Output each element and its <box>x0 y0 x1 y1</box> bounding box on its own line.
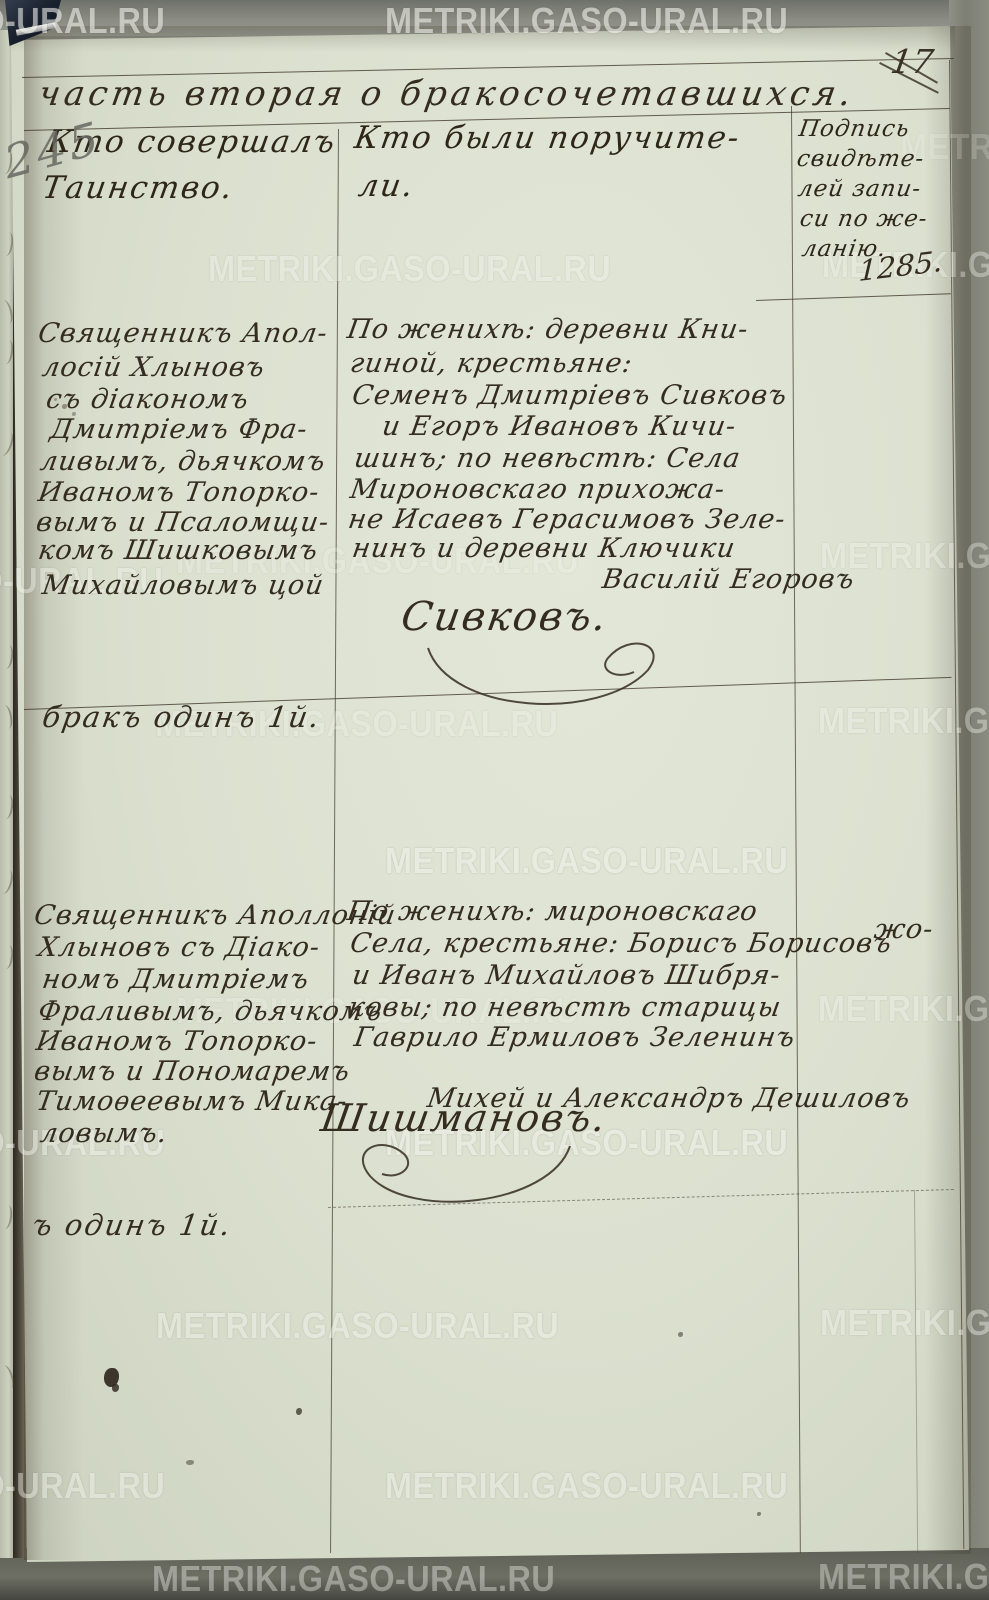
previous-page-edge <box>0 30 14 1558</box>
entry1-officiant-line: Священникъ Апол- <box>36 318 330 349</box>
scanned-register-page: METRIKI.GASO-URAL.RU METRIKI.GASO-URAL.R… <box>0 0 989 1600</box>
entry1-guarantors-line: Василій Егоровъ <box>600 564 857 595</box>
column-header-officiant-line2: Таинство. <box>40 170 237 206</box>
column-header-guarantors-line2: ли. <box>356 168 417 204</box>
entry2-officiant-line: Священникъ Аполлоній <box>32 900 398 931</box>
watermark: METRIKI.GASO-URAL.RU <box>818 700 989 742</box>
entry1-officiant-line: Михайловымъ цой <box>40 570 326 601</box>
entry1-guarantors-line: гиной, крестьяне: <box>348 348 635 379</box>
entry2-officiant-line: Фраливымъ, дьячкомъ <box>36 996 385 1027</box>
entry1-guarantors-line: Мироновскаго прихожа- <box>348 474 728 505</box>
watermark: METRIKI.GASO-URAL.RU <box>0 1465 165 1507</box>
entry2-margin-hyphenation: жо- <box>872 914 936 945</box>
entry2-officiant-line: Хлыновъ съ Діако- <box>36 932 323 963</box>
entry1-guarantors-line: Семенъ Дмитріевъ Сивковъ <box>350 380 790 411</box>
page-number: 17 <box>888 42 936 81</box>
watermark: METRIKI.GASO-URAL.RU <box>818 988 989 1030</box>
signature-flourish <box>420 636 690 726</box>
column-header-guarantors-line1: Кто были поручите- <box>352 120 743 156</box>
entry1-tally-note: бракъ одинъ 1й. <box>40 700 323 734</box>
signature-shishmanov: Шишмановъ. <box>318 1096 610 1140</box>
column-header-witness-line4: си по же- <box>798 206 930 232</box>
entry2-officiant-line: вымъ и Пономаремъ <box>32 1056 353 1087</box>
entry1-officiant-line: комъ Шишковымъ <box>36 535 321 566</box>
column-header-witness-line2: свидѣте- <box>795 146 926 172</box>
entry2-guarantors-line: ковы; по невѣстѣ старицы <box>346 992 784 1023</box>
watermark: METRIKI.GASO-URAL.RU <box>385 1465 788 1507</box>
gutter-shadow-overlay <box>24 30 84 1560</box>
entry1-guarantors-line: По женихѣ: деревни Кни- <box>345 314 751 345</box>
entry2-officiant-line: номъ Дмитріемъ <box>40 964 312 995</box>
entry2-officiant-line: ловымъ. <box>38 1118 170 1149</box>
watermark: METRIKI.GASO-URAL.RU <box>818 1556 989 1598</box>
entry1-guarantors-line: шинъ; по невѣстѣ: Села <box>352 443 743 474</box>
column-header-witness-line1: Подпись <box>797 116 912 142</box>
watermark: METRIKI.GASO-URAL.RU <box>820 1302 989 1344</box>
entry1-guarantors-line: не Исаевъ Герасимовъ Зеле- <box>346 504 788 535</box>
entry2-guarantors-line: и Иванъ Михайловъ Шибря- <box>350 960 783 991</box>
signature-flourish <box>330 1136 580 1221</box>
entry1-officiant-line: вымъ и Псаломщи- <box>34 507 332 538</box>
column-header-witness-line3: лей запи- <box>796 176 923 202</box>
signature-sivkov: Сивковъ. <box>398 594 612 640</box>
watermark: METRIKI.GASO-URAL.RU <box>208 248 611 290</box>
entry1-guarantors-line: и Егоръ Ивановъ Кичи- <box>380 411 739 442</box>
entry1-guarantors-line: нинъ и деревни Ключики <box>350 533 738 564</box>
entry2-officiant-line: Тимоѳеевымъ Мика- <box>34 1086 350 1117</box>
entry1-officiant-line: лосій Хлыновъ <box>40 352 267 383</box>
watermark: METRIKI.GASO-URAL.RU <box>152 1558 555 1600</box>
watermark: METRIKI.GASO-URAL.RU <box>385 840 788 882</box>
entry2-guarantors-line: По женихѣ: мироновскаго <box>345 896 760 927</box>
entry2-officiant-line: Иваномъ Топорко- <box>34 1026 320 1057</box>
entry1-officiant-line: Иваномъ Топорко- <box>36 477 322 508</box>
entry2-guarantors-line: Села, крестьяне: Борисъ Борисовъ <box>348 928 894 959</box>
entry1-officiant-line: съ діакономъ <box>44 384 251 415</box>
entry1-officiant-line: Дмитріемъ Фра- <box>48 414 310 445</box>
entry1-officiant-line: ливымъ, дьячкомъ <box>38 446 328 477</box>
entry2-tally-note: ъ одинъ 1й. <box>30 1208 234 1242</box>
watermark: METRIKI.GASO-URAL.RU <box>156 1305 559 1347</box>
entry2-guarantors-line: Гаврило Ермиловъ Зеленинъ <box>352 1022 798 1053</box>
watermark: METRIKI.GASO-URAL.RU <box>0 0 165 42</box>
